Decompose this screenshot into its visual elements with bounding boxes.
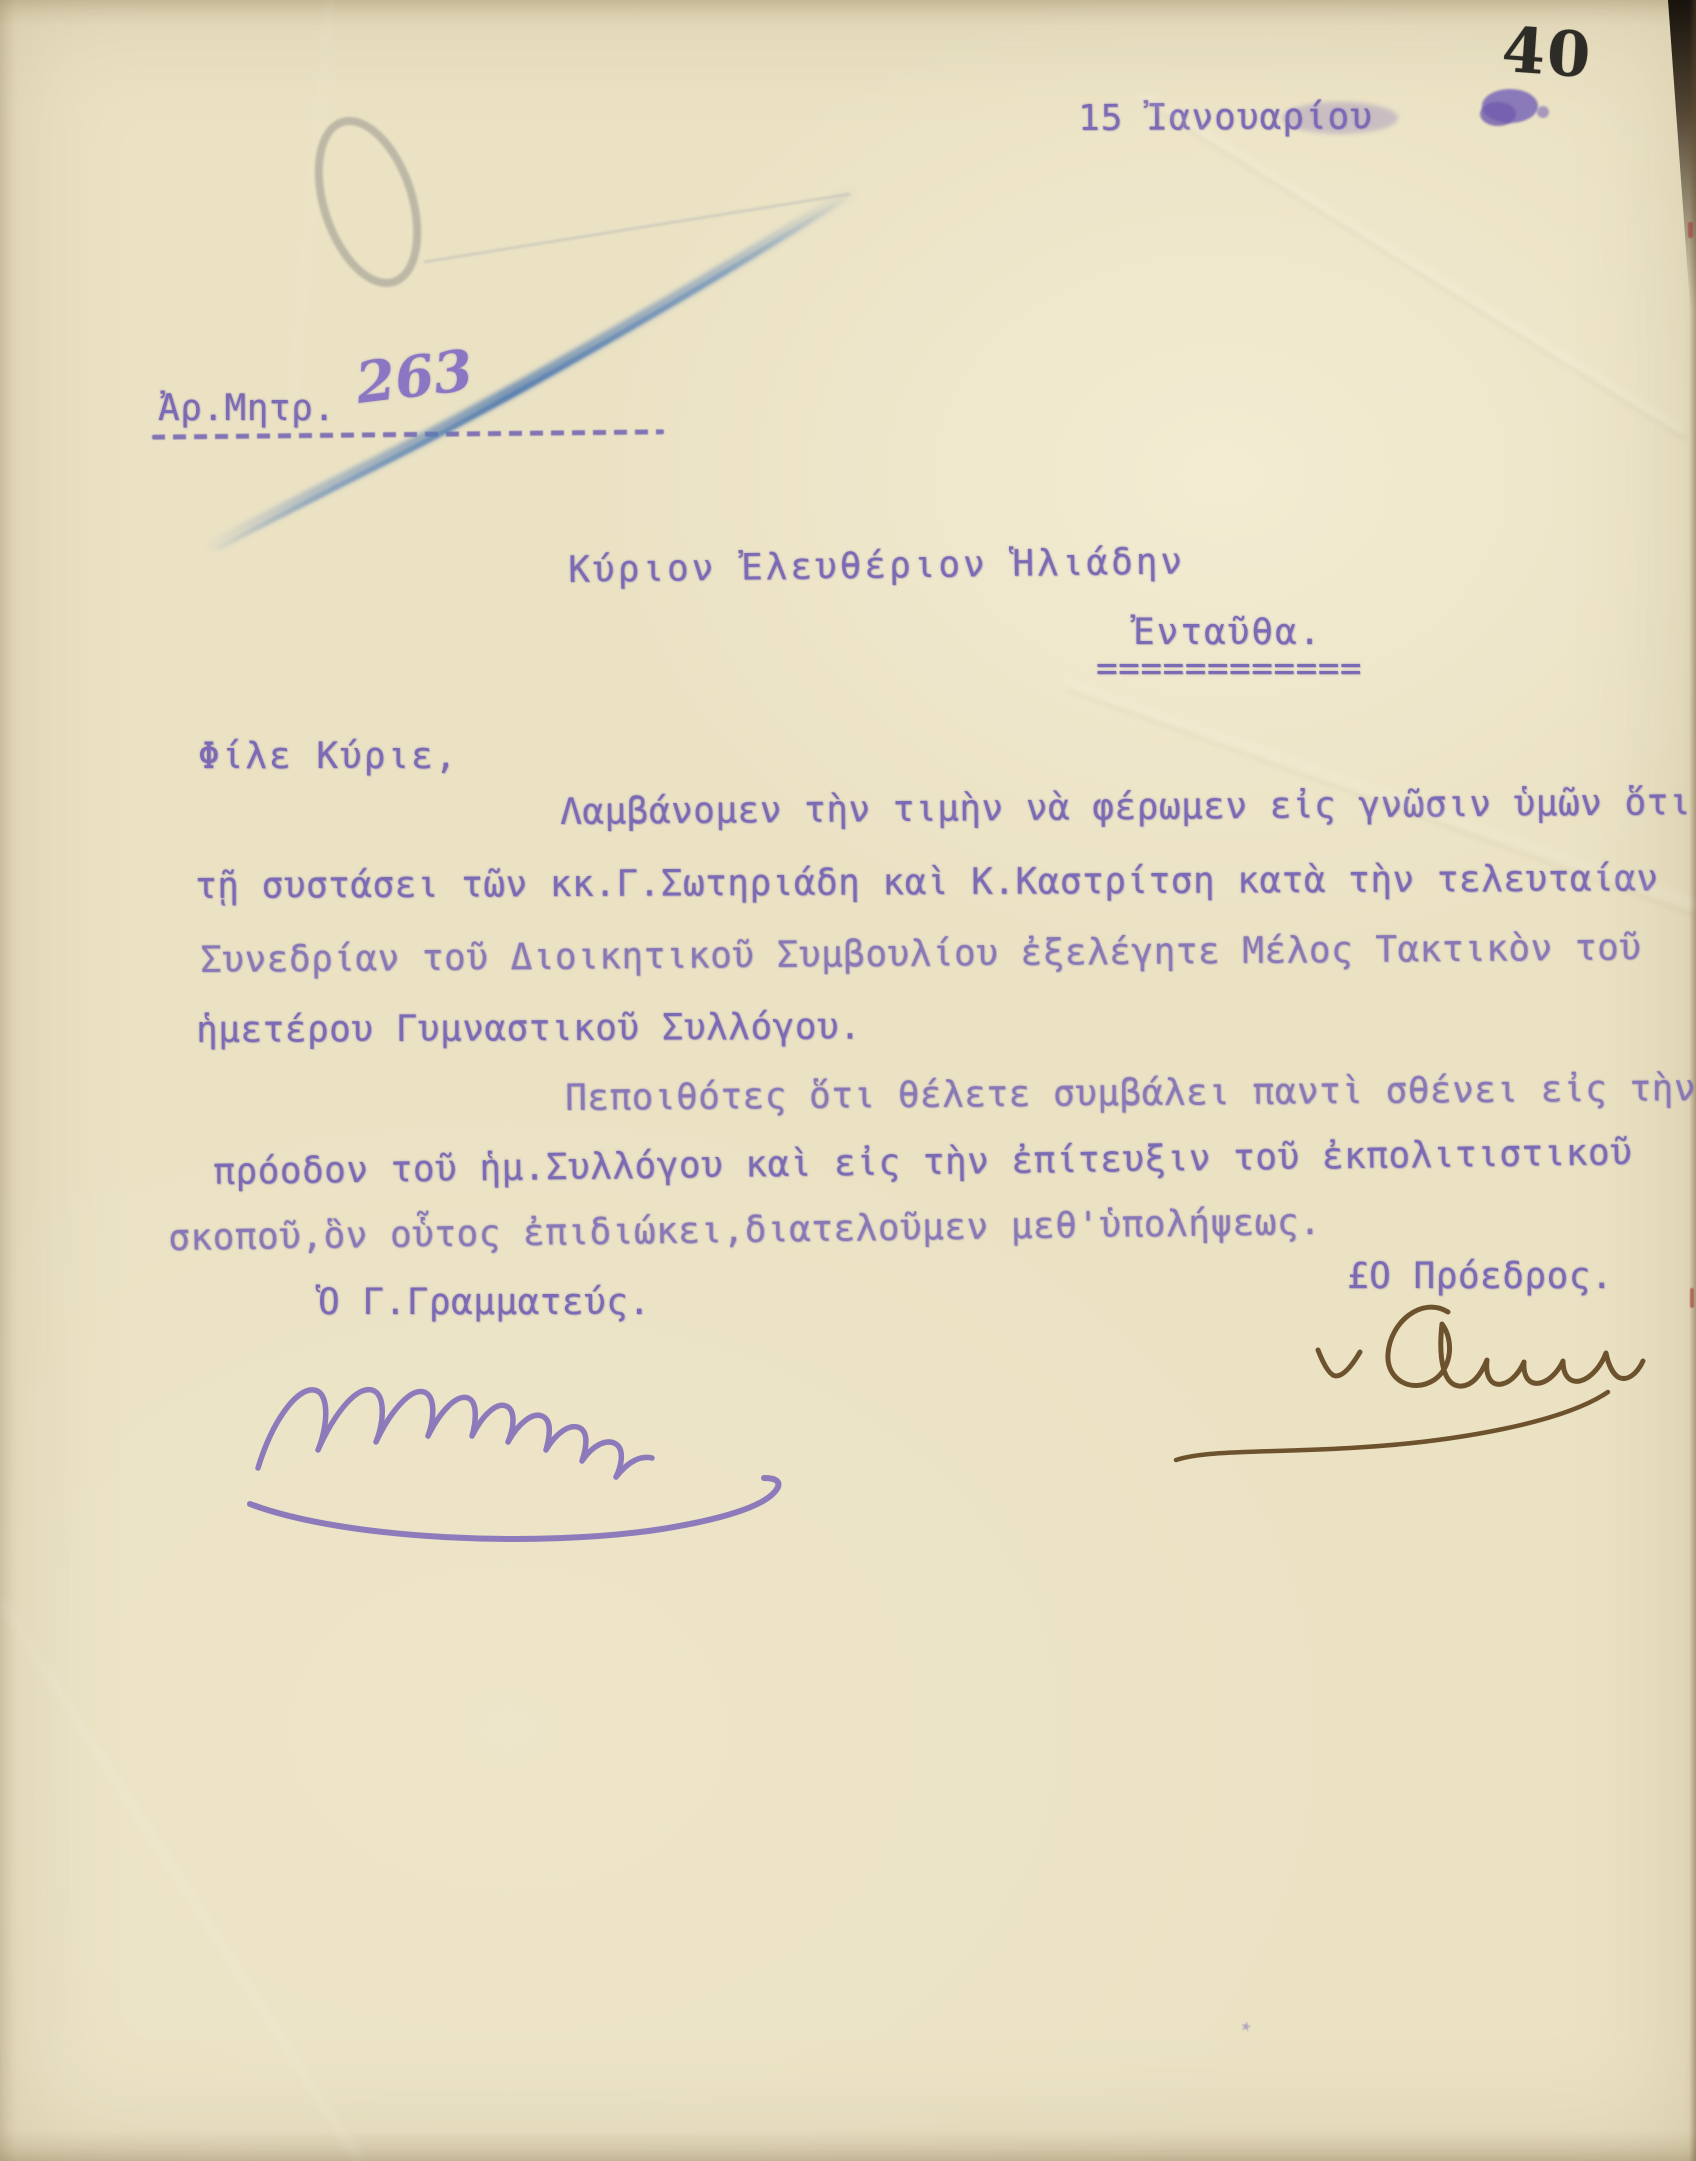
president-signature xyxy=(1176,1307,1643,1460)
date-smudge xyxy=(1282,102,1398,134)
scanned-letter-page: 40 15 Ἰανουαρίου Ἀρ.Μητρ. 263 Κύριον Ἐλε… xyxy=(0,0,1696,2161)
annotations-layer xyxy=(0,0,1696,2161)
paper-creases xyxy=(0,0,1696,2161)
blue-pencil-stroke xyxy=(215,188,858,548)
secretary-signature xyxy=(250,1390,778,1539)
ink-blot xyxy=(1480,89,1549,126)
pencil-oval-mark xyxy=(300,109,850,296)
